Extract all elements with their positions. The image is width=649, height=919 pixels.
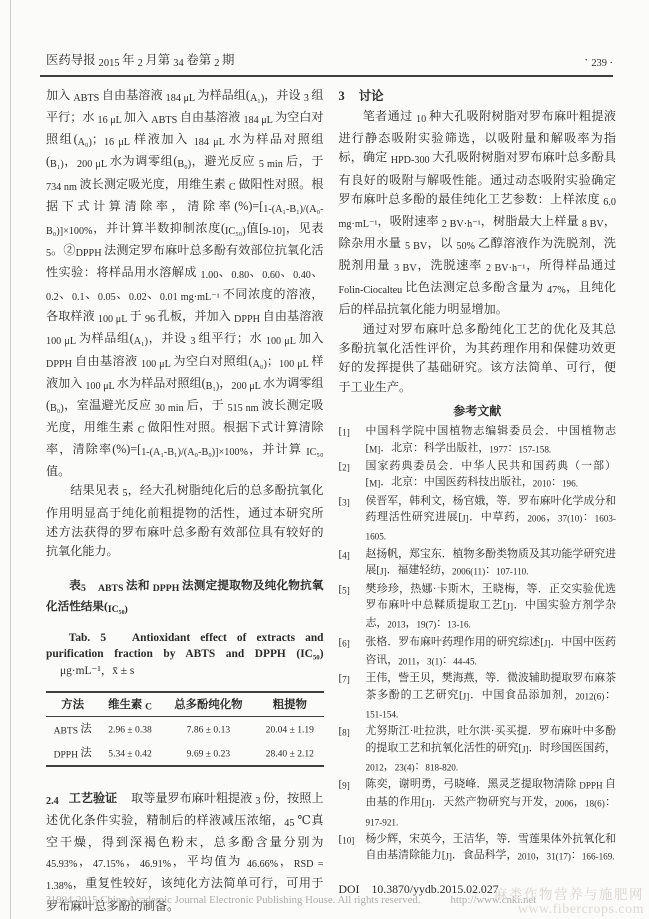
reference-label: [2] [339, 458, 366, 493]
reference-label: [9] [339, 776, 366, 831]
reference-text: 樊珍珍，热娜·卡斯木，王晓梅，等．正交实验优选罗布麻叶中总鞣质提取工艺[J]．中… [366, 581, 617, 634]
reference-item: [5]樊珍珍，热娜·卡斯木，王晓梅，等．正交实验优选罗布麻叶中总鞣质提取工艺[J… [339, 581, 617, 634]
reference-item: [9]陈奕，谢明勇，弓晓峰．黑灵芝提取物清除 DPPH 自由基的作用[J]．天然… [339, 776, 617, 831]
table5-unit: μg·mL⁻¹，x̄ ± s [60, 665, 134, 677]
table5-cell: DPPH 法 [46, 741, 99, 766]
reference-label: [5] [339, 581, 366, 634]
discussion-heading: 3讨论 [339, 86, 617, 104]
table5-head: 方法维生素 C总多酚纯化物粗提物 [46, 692, 324, 717]
table5-cell: 7.86 ± 0.13 [161, 717, 256, 741]
reference-text: 陈奕，谢明勇，弓晓峰．黑灵芝提取物清除 DPPH 自由基的作用[J]．天然产物研… [366, 776, 617, 831]
references-title: 参考文献 [339, 402, 617, 419]
table5-cell: 20.04 ± 1.19 [256, 717, 323, 741]
reference-list: [1]中国科学院中国植物志编辑委员会．中国植物志[M]．北京：科学出版社，197… [339, 423, 617, 866]
section-2-4-number: 2.4 [46, 791, 59, 805]
reference-text: 国家药典委员会．中华人民共和国药典（一部）[M]．北京：中国医药科技出版社，20… [366, 458, 617, 493]
reference-text: 侯晋军，韩利文，杨官娥，等．罗布麻叶化学成分和药理活性研究进展[J]．中草药，2… [366, 493, 617, 546]
reference-label: [8] [339, 723, 366, 776]
table5-caption-en-text: Tab. 5 Antioxidant effect of extracts an… [46, 632, 324, 661]
results-paragraph: 结果见表 5，经大孔树脂纯化后的总多酚抗氧化作用明显高于纯化前粗提物的活性，通过… [46, 481, 324, 561]
reference-text: 王伟，訾王贝，樊海燕，等．微波辅助提取罗布麻茶茶多酚的工艺研究[J]．中国食品添… [366, 670, 617, 723]
discussion-number: 3 [339, 89, 345, 103]
reference-label: [6] [339, 634, 366, 670]
reference-label: [1] [339, 423, 366, 458]
reference-item: [7]王伟，訾王贝，樊海燕，等．微波辅助提取罗布麻茶茶多酚的工艺研究[J]．中国… [339, 670, 617, 723]
reference-text: 杨少辉，宋英今，王洁华，等．雪莲果体外抗氧化和自由基清除能力[J]．食品科学，2… [366, 831, 617, 866]
journal-page: 医药导报 2015 年 2 月第 34 卷第 2 期 · 239 · 加入 AB… [0, 0, 649, 919]
reference-label: [10] [339, 831, 366, 866]
reference-text: 尤努斯江·吐拉洪，吐尔洪·买买提．罗布麻叶中多酚的提取工艺和抗氧化活性的研究[J… [366, 723, 617, 776]
reference-item: [1]中国科学院中国植物志编辑委员会．中国植物志[M]．北京：科学出版社，197… [339, 423, 617, 458]
reference-item: [10]杨少辉，宋英今，王洁华，等．雪莲果体外抗氧化和自由基清除能力[J]．食品… [339, 831, 617, 866]
table5-header-cell: 维生素 C [99, 692, 160, 717]
table5-cell: 28.40 ± 2.12 [256, 741, 323, 766]
header-rule [40, 75, 613, 77]
footer-copyright: ?1994-2015 China Academic Journal Electr… [46, 894, 421, 906]
reference-label: [3] [339, 493, 366, 546]
reference-label: [7] [339, 670, 366, 723]
table5-header-cell: 方法 [46, 692, 99, 717]
reference-item: [4]赵扬帆，郑宝东．植物多酚类物质及其功能学研究进展[J]．福建轻纺，2006… [339, 546, 617, 581]
table5-caption-en: Tab. 5 Antioxidant effect of extracts an… [46, 630, 324, 680]
left-column: 加入 ABTS 自由基溶液 184 μL 为样品组(A₁)，并设 3 组平行；水… [46, 86, 324, 916]
watermark-site-name: 麻类作物营养与施肥网 [494, 887, 644, 902]
page-header: 医药导报 2015 年 2 月第 34 卷第 2 期 · 239 · [46, 50, 613, 69]
table5-header-cell: 粗提物 [256, 692, 323, 717]
watermark-site-url: www.fibercrops.com [494, 902, 644, 917]
table5-cell: 2.96 ± 0.38 [99, 717, 160, 741]
journal-title-line: 医药导报 2015 年 2 月第 34 卷第 2 期 [46, 50, 234, 69]
reference-item: [6]张格．罗布麻叶药理作用的研究综述[J]．中国中医药咨讯，2011，3(1)… [339, 634, 617, 670]
two-column-body: 加入 ABTS 自由基溶液 184 μL 为样品组(A₁)，并设 3 组平行；水… [46, 86, 616, 916]
table5: 方法维生素 C总多酚纯化物粗提物 ABTS 法2.96 ± 0.387.86 ±… [46, 691, 324, 767]
table5-body: ABTS 法2.96 ± 0.387.86 ± 0.1320.04 ± 1.19… [46, 717, 324, 766]
table5-cell: 9.69 ± 0.23 [161, 741, 256, 766]
table5-row: DPPH 法5.34 ± 0.429.69 ± 0.2328.40 ± 2.12 [46, 741, 324, 766]
methods-continuation-paragraph: 加入 ABTS 自由基溶液 184 μL 为样品组(A₁)，并设 3 组平行；水… [46, 86, 324, 481]
table5-cell: ABTS 法 [46, 717, 99, 741]
reference-item: [2]国家药典委员会．中华人民共和国药典（一部）[M]．北京：中国医药科技出版社… [339, 458, 617, 493]
reference-item: [8]尤努斯江·吐拉洪，吐尔洪·买买提．罗布麻叶中多酚的提取工艺和抗氧化活性的研… [339, 723, 617, 776]
table5-cell: 5.34 ± 0.42 [99, 741, 160, 766]
reference-text: 赵扬帆，郑宝东．植物多酚类物质及其功能学研究进展[J]．福建轻纺，2006(11… [366, 546, 617, 581]
reference-text: 张格．罗布麻叶药理作用的研究综述[J]．中国中医药咨讯，2011，3(1)：44… [366, 634, 617, 670]
table5-caption-zh: 表5 ABTS 法和 DPPH 法测定提取物及纯化物抗氧化活性结果(IC₅₀) [46, 577, 324, 618]
discussion-title: 讨论 [359, 89, 384, 103]
reference-text: 中国科学院中国植物志编辑委员会．中国植物志[M]．北京：科学出版社，1977：1… [366, 423, 617, 458]
page-number: · 239 · [584, 53, 613, 69]
reference-label: [4] [339, 546, 366, 581]
discussion-paragraph-1: 笔者通过 10 种大孔吸附树脂对罗布麻叶粗提液进行静态吸附实验筛选，以吸附量和解… [339, 107, 617, 320]
section-2-4-title: 工艺验证 [69, 791, 117, 805]
table5-row: ABTS 法2.96 ± 0.387.86 ± 0.1320.04 ± 1.19 [46, 717, 324, 741]
table5-header-row: 方法维生素 C总多酚纯化物粗提物 [46, 692, 324, 717]
reference-item: [3]侯晋军，韩利文，杨官娥，等．罗布麻叶化学成分和药理活性研究进展[J]．中草… [339, 493, 617, 546]
scan-edge-line [10, 0, 11, 919]
table5-header-cell: 总多酚纯化物 [161, 692, 256, 717]
discussion-paragraph-2: 通过对罗布麻叶总多酚纯化工艺的优化及其总多酚抗氧化活性评价，为其药理作用和保健功… [339, 320, 617, 397]
watermark: 麻类作物营养与施肥网 www.fibercrops.com [494, 887, 644, 917]
right-column: 3讨论 笔者通过 10 种大孔吸附树脂对罗布麻叶粗提液进行静态吸附实验筛选，以吸… [339, 86, 617, 916]
